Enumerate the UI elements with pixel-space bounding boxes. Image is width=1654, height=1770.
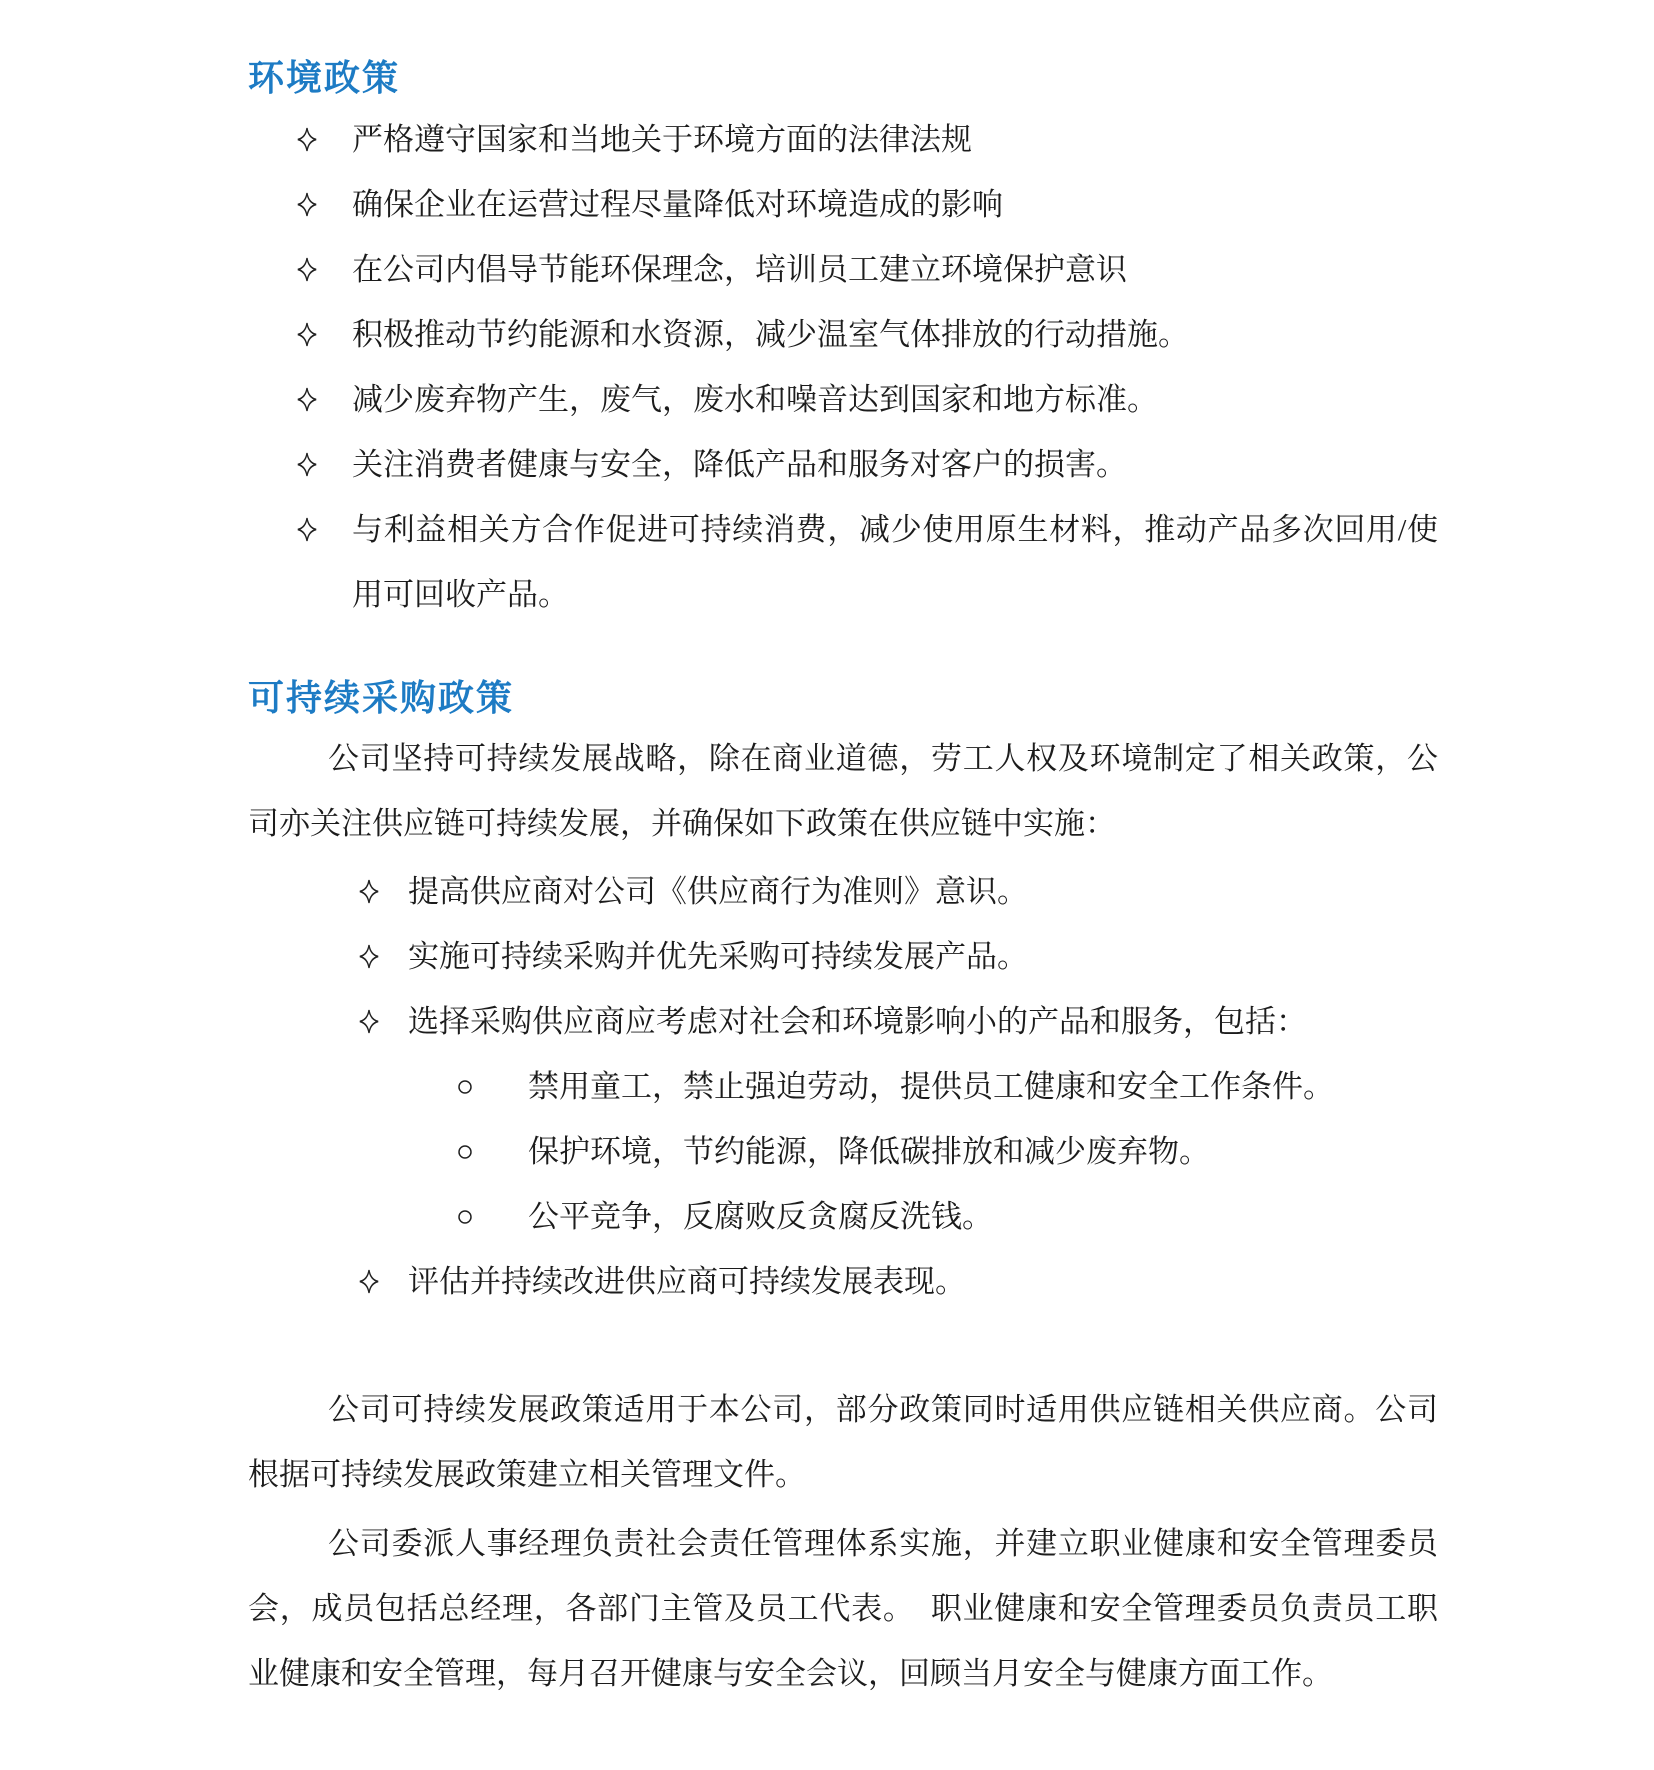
sub-list-item: 公平竞争，反腐败反贪腐反洗钱。	[248, 1184, 1438, 1249]
bullet-text: 评估并持续改进供应商可持续发展表现。	[408, 1264, 966, 1299]
procurement-policy-list: 提高供应商对公司《供应商行为准则》意识。 实施可持续采购并优先采购可持续发展产品…	[248, 859, 1438, 1314]
four-pointed-star-bullet-icon	[297, 367, 317, 432]
policy-scope-paragraph: 公司可持续发展政策适用于本公司，部分政策同时适用供应链相关供应商。公司根据可持续…	[248, 1377, 1438, 1507]
circle-bullet-icon	[456, 1119, 474, 1184]
bullet-text: 减少废弃物产生，废气，废水和噪音达到国家和地方标准。	[352, 382, 1158, 417]
bullet-text: 在公司内倡导节能环保理念，培训员工建立环境保护意识	[352, 252, 1127, 287]
four-pointed-star-bullet-icon	[297, 107, 317, 172]
four-pointed-star-bullet-icon	[297, 497, 317, 562]
bullet-text: 禁用童工，禁止强迫劳动，提供员工健康和安全工作条件。	[528, 1069, 1334, 1104]
section-heading-environmental-policy: 环境政策	[248, 55, 1438, 101]
four-pointed-star-bullet-icon	[359, 1249, 379, 1314]
list-item: 选择采购供应商应考虑对社会和环境影响小的产品和服务，包括：	[248, 989, 1438, 1054]
procurement-intro-paragraph: 公司坚持可持续发展战略，除在商业道德，劳工人权及环境制定了相关政策，公司亦关注供…	[248, 726, 1438, 856]
list-item: 确保企业在运营过程尽量降低对环境造成的影响	[248, 172, 1438, 237]
list-item: 在公司内倡导节能环保理念，培训员工建立环境保护意识	[248, 237, 1438, 302]
four-pointed-star-bullet-icon	[359, 989, 379, 1054]
four-pointed-star-bullet-icon	[359, 924, 379, 989]
bullet-text: 确保企业在运营过程尽量降低对环境造成的影响	[352, 187, 1003, 222]
list-item: 提高供应商对公司《供应商行为准则》意识。	[248, 859, 1438, 924]
bullet-text: 严格遵守国家和当地关于环境方面的法律法规	[352, 122, 972, 157]
four-pointed-star-bullet-icon	[297, 302, 317, 367]
list-item: 减少废弃物产生，废气，废水和噪音达到国家和地方标准。	[248, 367, 1438, 432]
bullet-text: 与利益相关方合作促进可持续消费，减少使用原生材料，推动产品多次回用/使用可回收产…	[352, 512, 1438, 612]
bullet-text: 保护环境，节约能源，降低碳排放和减少废弃物。	[528, 1134, 1210, 1169]
list-item: 严格遵守国家和当地关于环境方面的法律法规	[248, 107, 1438, 172]
list-item: 与利益相关方合作促进可持续消费，减少使用原生材料，推动产品多次回用/使用可回收产…	[248, 497, 1438, 627]
bullet-text: 积极推动节约能源和水资源，减少温室气体排放的行动措施。	[352, 317, 1189, 352]
bullet-text: 提高供应商对公司《供应商行为准则》意识。	[408, 874, 1028, 909]
four-pointed-star-bullet-icon	[359, 859, 379, 924]
list-item: 积极推动节约能源和水资源，减少温室气体排放的行动措施。	[248, 302, 1438, 367]
bullet-text: 实施可持续采购并优先采购可持续发展产品。	[408, 939, 1028, 974]
sub-list-item: 禁用童工，禁止强迫劳动，提供员工健康和安全工作条件。	[248, 1054, 1438, 1119]
section-heading-sustainable-procurement-policy: 可持续采购政策	[248, 675, 1438, 721]
bullet-text: 关注消费者健康与安全，降低产品和服务对客户的损害。	[352, 447, 1127, 482]
bullet-text: 公平竞争，反腐败反贪腐反洗钱。	[528, 1199, 993, 1234]
environmental-policy-list: 严格遵守国家和当地关于环境方面的法律法规 确保企业在运营过程尽量降低对环境造成的…	[248, 107, 1438, 627]
four-pointed-star-bullet-icon	[297, 172, 317, 237]
management-system-paragraph: 公司委派人事经理负责社会责任管理体系实施，并建立职业健康和安全管理委员会，成员包…	[248, 1511, 1438, 1706]
list-item: 评估并持续改进供应商可持续发展表现。	[248, 1249, 1438, 1314]
bullet-text: 选择采购供应商应考虑对社会和环境影响小的产品和服务，包括：	[408, 1004, 1307, 1039]
four-pointed-star-bullet-icon	[297, 432, 317, 497]
circle-bullet-icon	[456, 1184, 474, 1249]
circle-bullet-icon	[456, 1054, 474, 1119]
four-pointed-star-bullet-icon	[297, 237, 317, 302]
list-item: 实施可持续采购并优先采购可持续发展产品。	[248, 924, 1438, 989]
list-item: 关注消费者健康与安全，降低产品和服务对客户的损害。	[248, 432, 1438, 497]
sub-list-item: 保护环境，节约能源，降低碳排放和减少废弃物。	[248, 1119, 1438, 1184]
document-page: 环境政策 严格遵守国家和当地关于环境方面的法律法规 确保企业在运营过程尽量降低对…	[0, 55, 1654, 1770]
